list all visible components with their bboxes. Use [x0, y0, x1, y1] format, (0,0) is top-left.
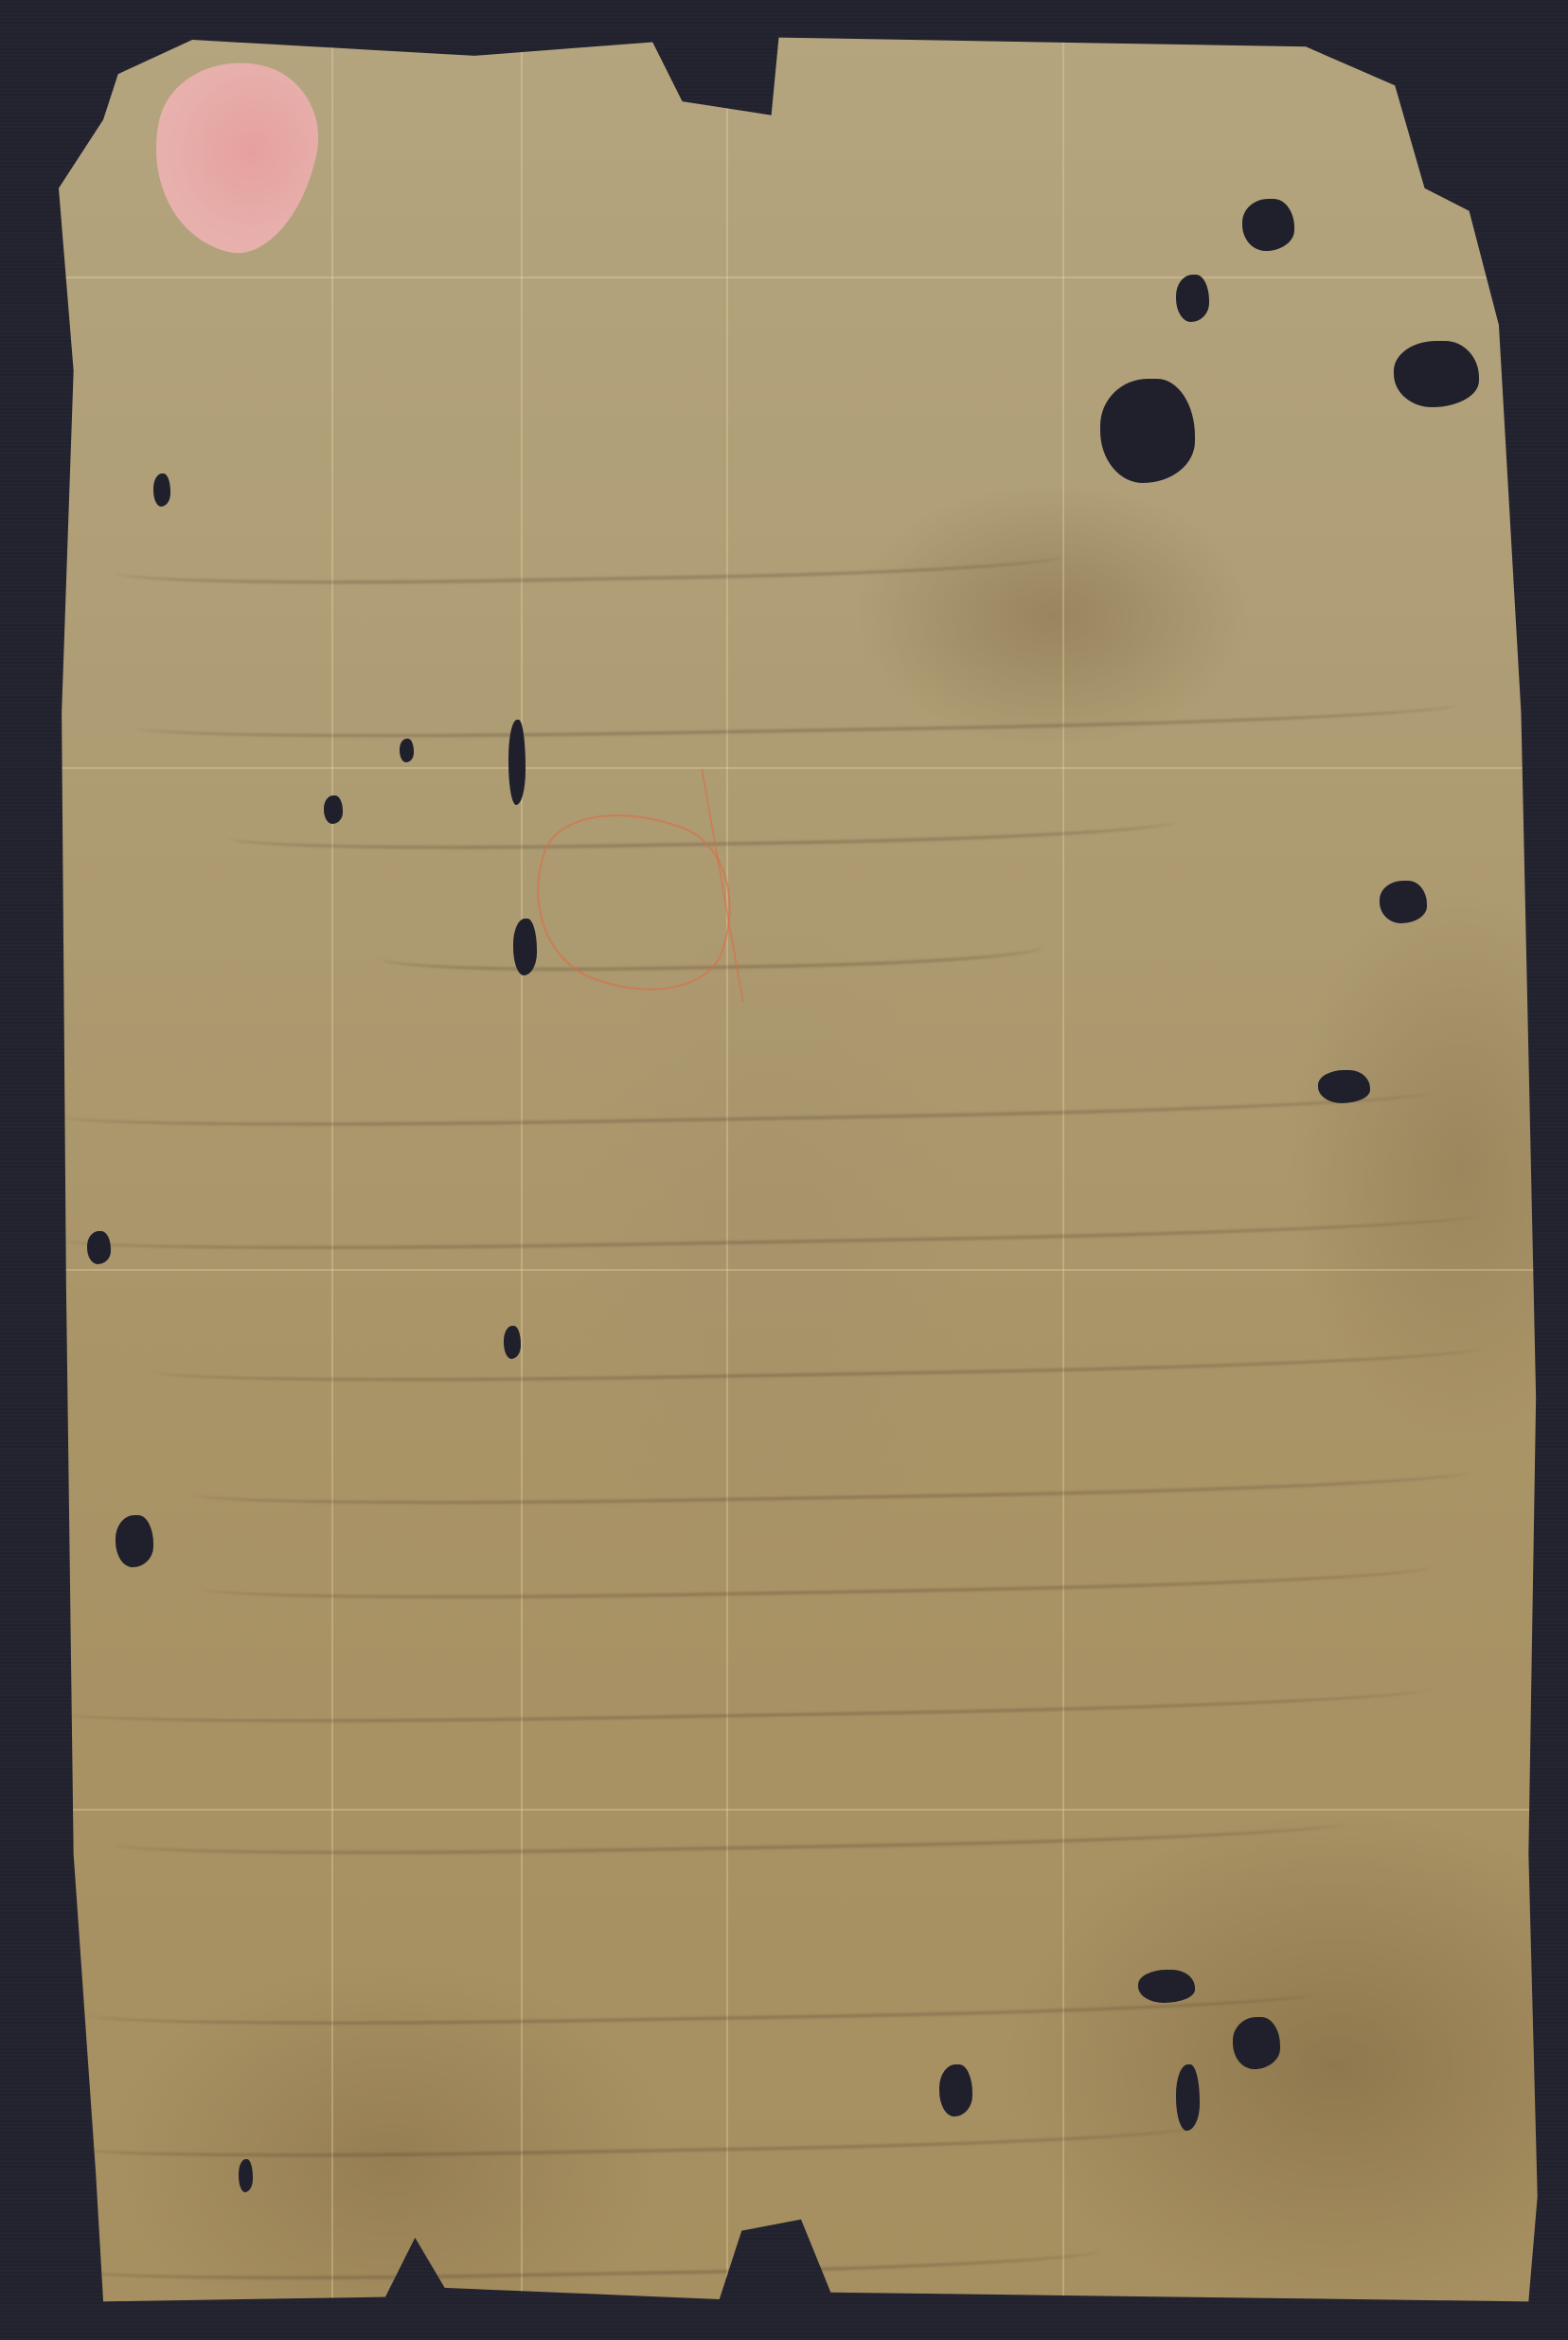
paper-hole: [513, 919, 537, 975]
fold-crease: [726, 28, 728, 2311]
faded-handwriting-line: [59, 1664, 1433, 1728]
fold-crease: [521, 28, 523, 2311]
paper-hole: [116, 1515, 153, 1567]
faded-handwriting-line: [59, 2102, 1196, 2163]
paper-hole: [504, 1326, 521, 1359]
paper-hole: [153, 473, 170, 507]
faded-handwriting-line: [87, 1969, 1319, 2031]
fold-crease: [59, 277, 1543, 278]
paper-hole: [1176, 2064, 1200, 2131]
paper-hole: [324, 795, 343, 824]
paper-hole: [1380, 881, 1427, 923]
paper-hole: [87, 1231, 111, 1264]
faded-handwriting-line: [59, 2225, 1101, 2284]
fold-crease: [59, 1269, 1543, 1271]
fold-crease: [59, 767, 1543, 769]
faded-handwriting-line: [153, 1324, 1480, 1387]
paper-hole: [1100, 379, 1195, 483]
fold-crease: [1062, 28, 1064, 2311]
paper-hole: [1233, 2017, 1280, 2069]
paper-hole: [1394, 341, 1479, 407]
fold-crease: [331, 28, 333, 2311]
faded-handwriting-line: [191, 1447, 1470, 1510]
faded-handwriting-line: [116, 1798, 1347, 1861]
pink-paper-remnant: pink paper remnant (top-left): [135, 47, 332, 266]
paper-hole: [939, 2064, 972, 2117]
paper-hole: [1138, 1970, 1195, 2003]
paper-hole: [1318, 1070, 1370, 1103]
paper-hole: [508, 720, 526, 805]
paper-hole: [239, 2159, 253, 2192]
paper-hole: [400, 739, 414, 762]
faded-handwriting-line: [116, 531, 1063, 588]
faded-handwriting-line: [59, 1067, 1433, 1132]
faded-handwriting-line: [59, 1190, 1480, 1256]
faded-handwriting-line: [201, 1543, 1433, 1605]
manuscript-page: Handwriting faded and illegible; not tra…: [59, 28, 1543, 2311]
paper-hole: [1242, 199, 1294, 251]
paper-hole: [1176, 275, 1209, 322]
